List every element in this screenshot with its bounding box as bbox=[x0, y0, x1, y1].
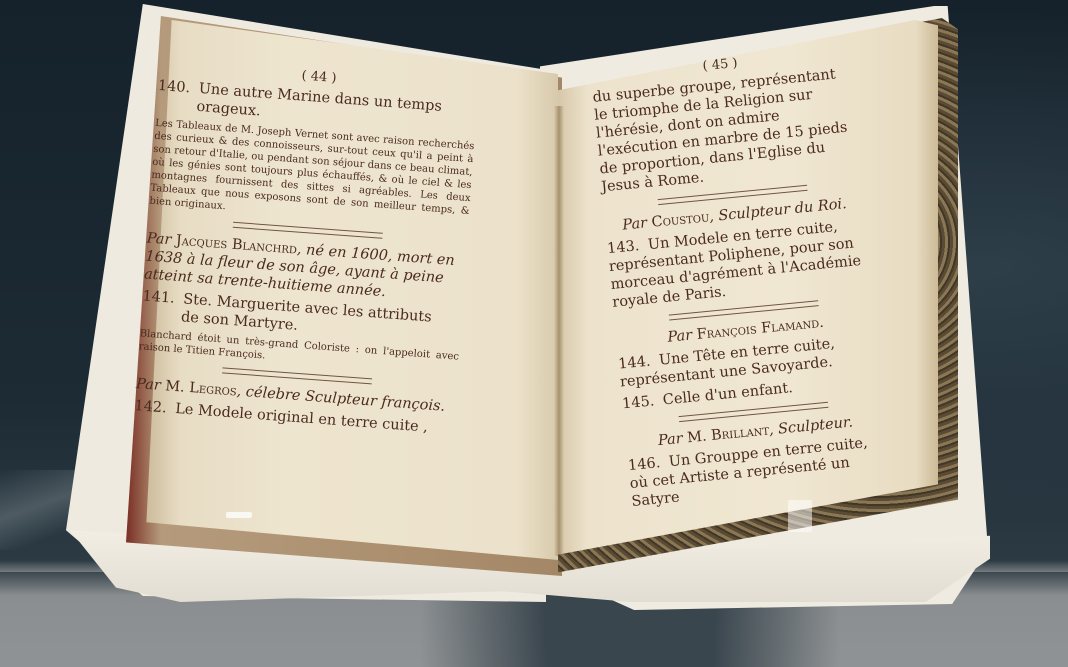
separator-rule bbox=[233, 222, 383, 239]
right-page-text: ( 45 ) du superbe groupe, représentant l… bbox=[590, 45, 892, 515]
acrylic-clip-glare bbox=[788, 500, 812, 532]
entry-number: 145. bbox=[621, 392, 655, 413]
entry-text: Un Modele en terre cuite, représentant P… bbox=[608, 219, 862, 311]
entry-number: 144. bbox=[618, 353, 652, 374]
attr-prefix: Par bbox=[622, 215, 648, 233]
entry-number: 142. bbox=[134, 397, 168, 417]
artist-name: M. Brillant bbox=[686, 423, 769, 447]
separator-rule bbox=[222, 367, 372, 384]
entry-number: 140. bbox=[157, 77, 191, 97]
left-page-text: ( 44 ) 140. Une autre Marine dans un tem… bbox=[133, 58, 479, 442]
entry-note-140: Les Tableaux de M. Joseph Vernet sont av… bbox=[149, 117, 475, 231]
attr-prefix: Par bbox=[667, 327, 693, 345]
artist-details: , Sculpteur. bbox=[768, 414, 853, 438]
entry-number: 146. bbox=[627, 454, 661, 475]
entry-number: 141. bbox=[142, 287, 176, 307]
attr-prefix: Par bbox=[146, 231, 172, 249]
artist-name: M. Legros bbox=[165, 378, 238, 399]
entry-continuation: du superbe groupe, représentant le triom… bbox=[592, 64, 861, 196]
book-gutter bbox=[554, 106, 564, 556]
entry-number: 143. bbox=[606, 237, 640, 258]
artist-name: Coustou bbox=[651, 209, 710, 230]
attr-prefix: Par bbox=[657, 431, 683, 449]
attr-prefix: Par bbox=[135, 376, 161, 394]
acrylic-glare bbox=[226, 512, 252, 518]
